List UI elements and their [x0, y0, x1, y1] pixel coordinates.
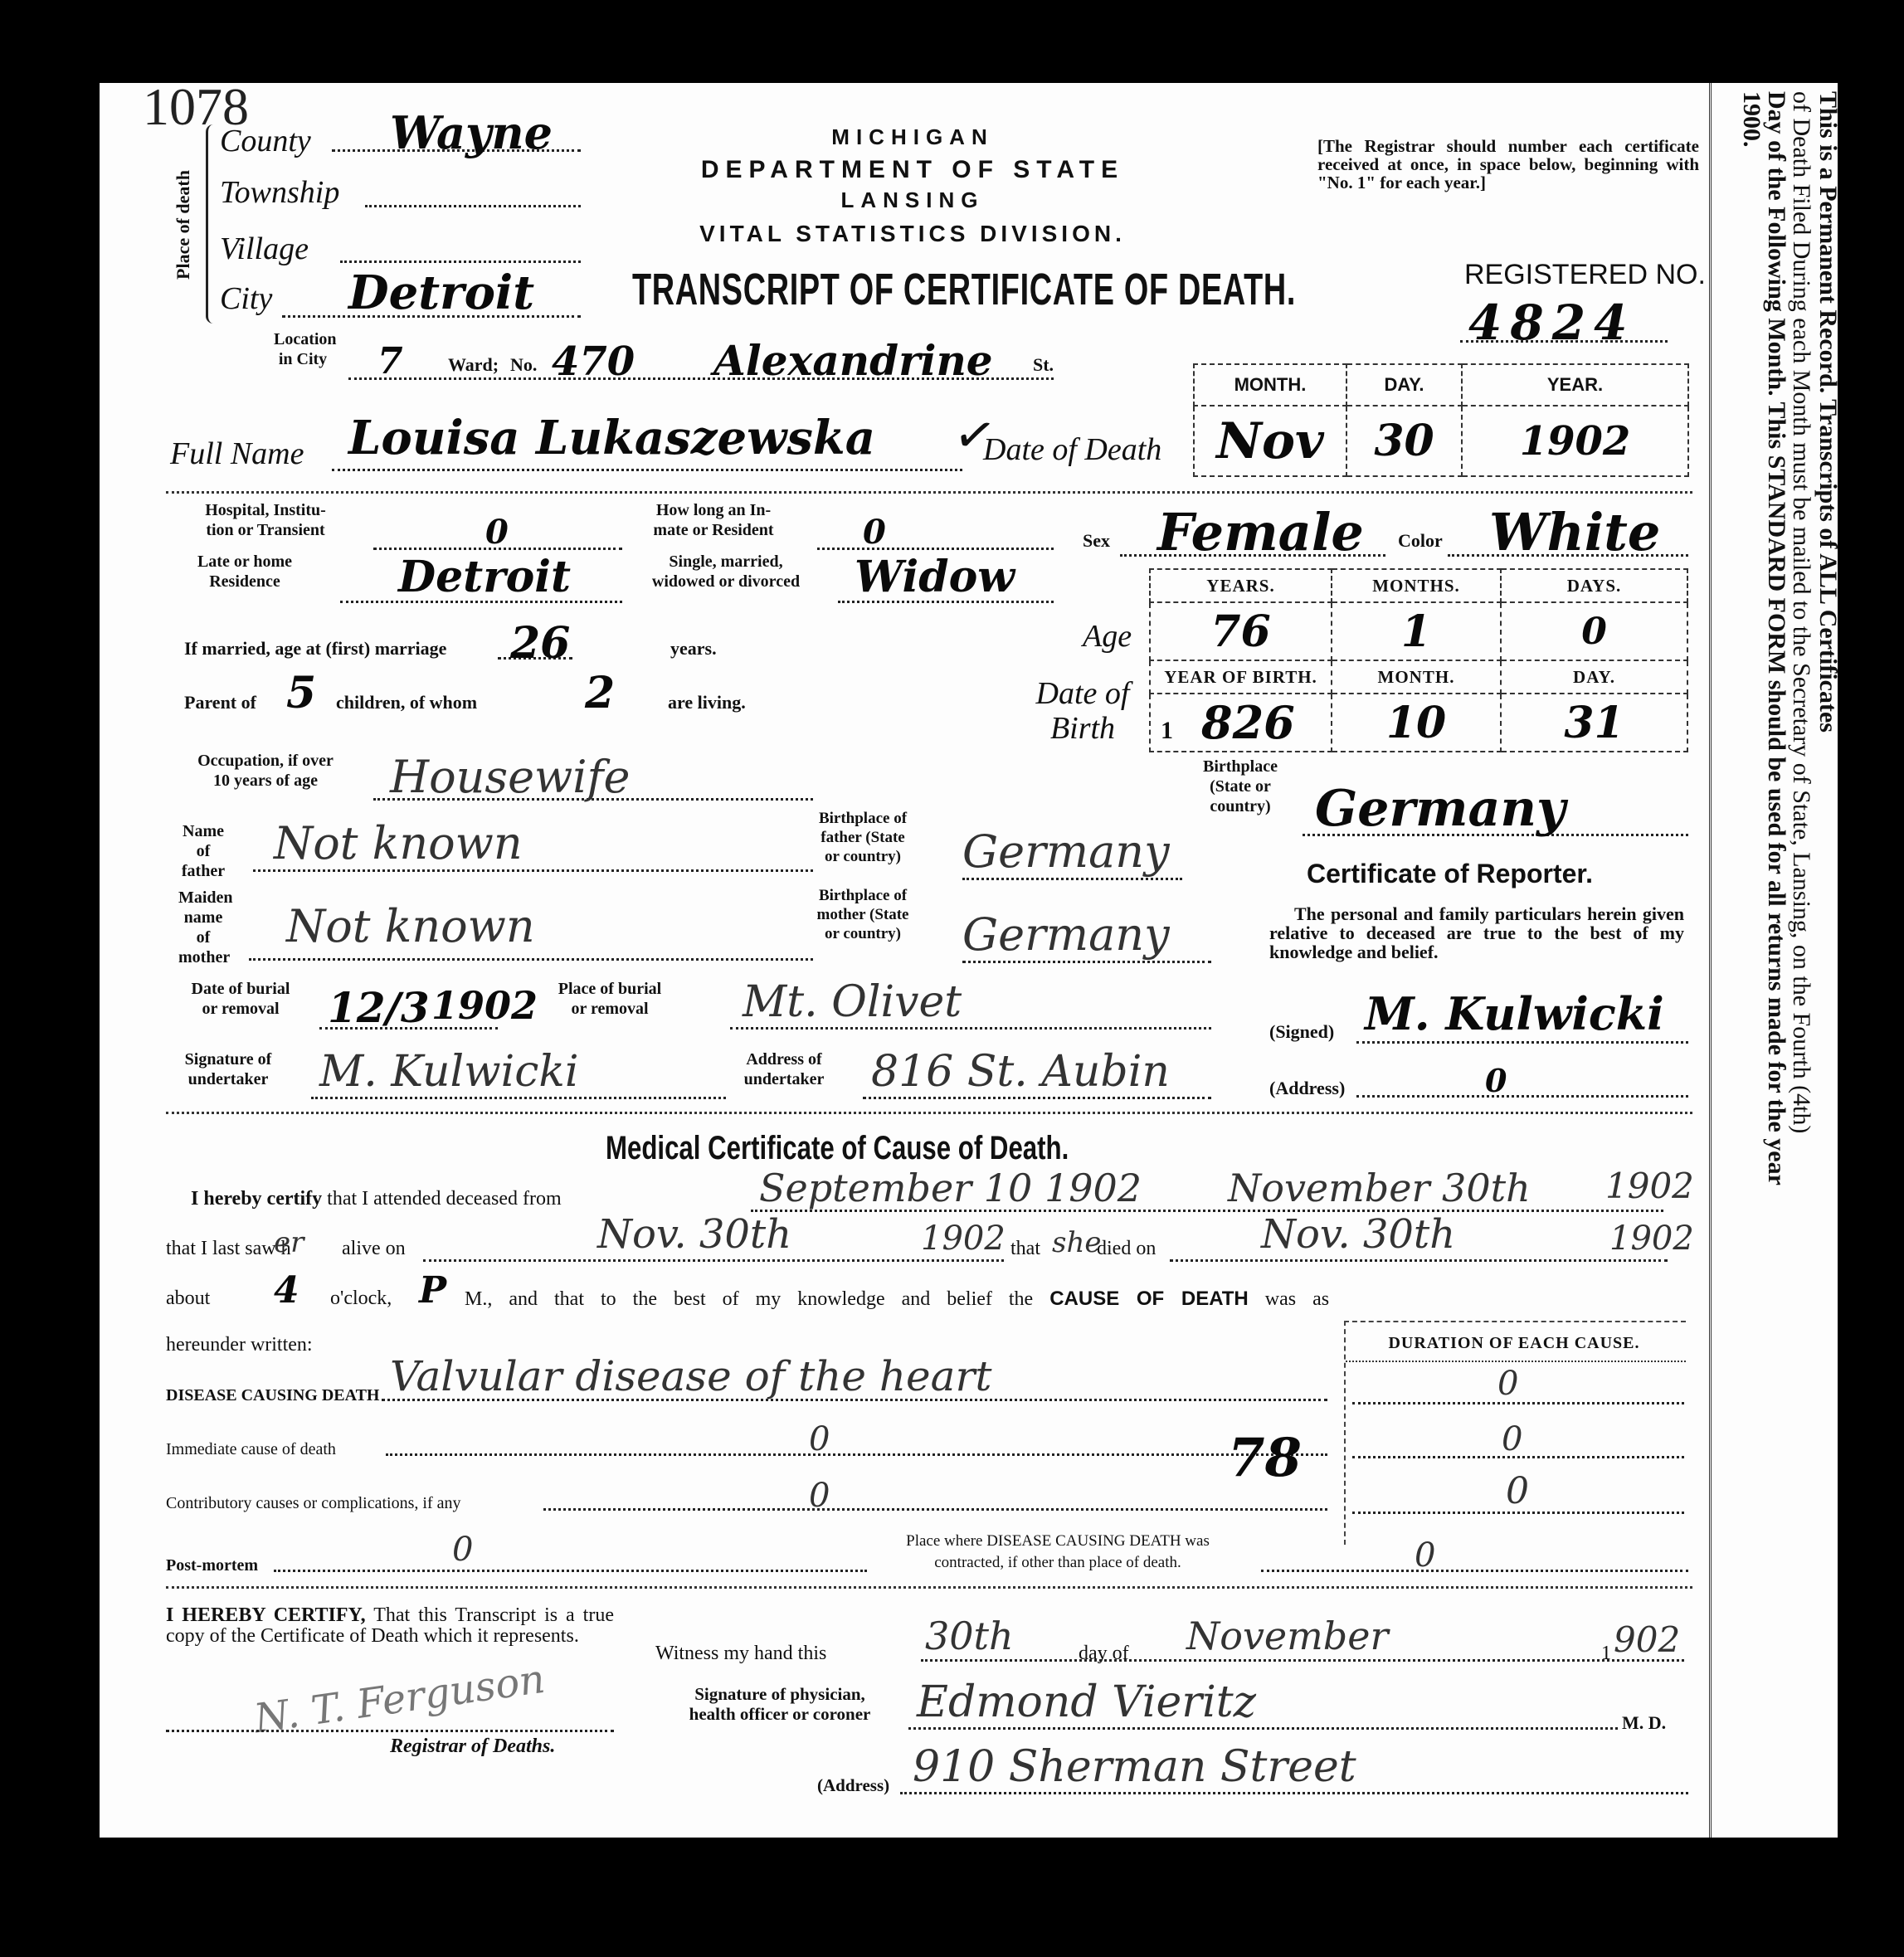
dob-day: 31 — [1501, 694, 1687, 752]
city-label: City — [220, 280, 272, 317]
divider — [166, 1586, 1692, 1589]
registrar-line — [166, 1730, 614, 1732]
age-years: 76 — [1150, 602, 1332, 660]
hour-value: 4 — [274, 1269, 299, 1312]
inmate-value: 0 — [863, 513, 886, 552]
village-label: Village — [220, 231, 309, 267]
marital-label-line2: widowed or divorced — [631, 572, 821, 591]
father-label: Name of father — [178, 821, 228, 881]
marital-value: Widow — [855, 552, 1015, 602]
registered-no-value: 4824 — [1468, 295, 1635, 351]
dob-day-header: DAY. — [1501, 660, 1687, 694]
mother-birthplace-line — [962, 961, 1211, 963]
reporter-address-line — [1356, 1095, 1688, 1098]
undertaker-address-label: Address of undertaker — [730, 1049, 838, 1089]
side-note-divider — [1709, 83, 1745, 1838]
died-pronoun: she — [1052, 1226, 1101, 1259]
village-line — [340, 260, 581, 263]
alive-on-date: Nov. 30th — [597, 1211, 791, 1258]
hospital-label-line2: tion or Transient — [183, 520, 348, 540]
father-bp-label-line2: father (State — [809, 828, 917, 847]
burial-date-value: 12/3 — [328, 983, 430, 1032]
physician-label-line1: Signature of physician, — [672, 1684, 888, 1704]
children-living: 2 — [585, 668, 615, 718]
undertaker-sig-label-line2: undertaker — [178, 1069, 278, 1089]
header-division: VITAL STATISTICS DIVISION. — [647, 221, 1178, 247]
age-days: 0 — [1501, 602, 1687, 660]
dob-month-header: MONTH. — [1332, 660, 1501, 694]
mother-name: Not known — [286, 900, 535, 952]
sex-value: Female — [1157, 502, 1364, 562]
dod-month-header: MONTH. — [1194, 364, 1346, 406]
attended-to: November 30th — [1228, 1166, 1531, 1210]
hereunder-label: hereunder written: — [166, 1334, 313, 1356]
disease-duration: 0 — [1497, 1365, 1518, 1403]
that-label: that — [1010, 1238, 1040, 1260]
father-name: Not known — [274, 817, 523, 869]
divider — [166, 1112, 1692, 1114]
mother-bp-label-line2: mother (State — [809, 905, 917, 924]
mother-label-line1: Maiden — [178, 888, 228, 908]
died-on-date: Nov. 30th — [1261, 1211, 1455, 1258]
number-label: No. — [510, 355, 537, 375]
witness-day: 30th — [925, 1614, 1014, 1658]
postmortem-value: 0 — [452, 1531, 473, 1569]
color-label: Color — [1398, 531, 1443, 551]
street-suffix: St. — [1033, 355, 1054, 375]
dob-year-prefix: 1 — [1161, 717, 1173, 744]
residence-label-line2: Residence — [183, 572, 307, 591]
undertaker-signature: M. Kulwicki — [319, 1047, 579, 1097]
cause-sentence-text: M., and that to the best of my knowledge… — [465, 1288, 1033, 1310]
house-number: 470 — [552, 338, 635, 385]
location-label: Location in City — [274, 329, 332, 369]
reporter-address: 0 — [1485, 1062, 1507, 1099]
marriage-suffix: years. — [670, 639, 717, 659]
undertaker-signature-label: Signature of undertaker — [178, 1049, 278, 1089]
mother-bp-label-line1: Birthplace of — [809, 886, 917, 905]
immediate-line — [386, 1453, 1327, 1456]
place-contracted-value: 0 — [1415, 1536, 1435, 1575]
witness-year-prefix: 1 — [1601, 1643, 1611, 1665]
place-contracted-line — [1261, 1570, 1688, 1572]
mother-label-line3: mother — [178, 947, 228, 967]
inmate-label-line2: mate or Resident — [631, 520, 796, 540]
marriage-prefix: If married, age at (first) marriage — [184, 639, 446, 659]
reporter-title: Certificate of Reporter. — [1307, 859, 1593, 889]
cause-of-death-bold: CAUSE OF DEATH — [1049, 1288, 1249, 1310]
burial-place-label-line2: or removal — [548, 999, 672, 1019]
certification-bold: I HEREBY CERTIFY, — [166, 1604, 366, 1626]
burial-place-label: Place of burial or removal — [548, 979, 672, 1019]
certify-text: that I attended deceased from — [327, 1188, 562, 1210]
witness-label: Witness my hand this — [655, 1643, 826, 1665]
dob-label-line1: Date of — [1025, 676, 1141, 711]
witness-line — [921, 1659, 1684, 1662]
mother-birthplace-label: Birthplace of mother (State or country) — [809, 886, 917, 943]
physician-signature-line — [908, 1727, 1618, 1730]
full-name-line — [332, 469, 962, 471]
full-name-value: Louisa Lukaszewska — [348, 411, 875, 465]
physician-signature: Edmond Vieritz — [917, 1677, 1256, 1727]
mother-label-line2: name of — [178, 908, 228, 947]
street-name: Alexandrine — [713, 336, 993, 385]
occupation-label: Occupation, if over 10 years of age — [183, 751, 348, 791]
occupation-label-line1: Occupation, if over — [183, 751, 348, 771]
burial-place-value: Mt. Olivet — [743, 977, 962, 1027]
occupation-label-line2: 10 years of age — [183, 771, 348, 791]
age-months: 1 — [1332, 602, 1501, 660]
immediate-value: 0 — [809, 1420, 830, 1458]
township-label: Township — [220, 174, 339, 211]
father-label-line2: father — [178, 861, 228, 881]
burial-year: 1902 — [431, 983, 538, 1028]
undertaker-sig-label-line1: Signature of — [178, 1049, 278, 1069]
birthplace-value: Germany — [1315, 780, 1566, 838]
place-of-death-label: Place of death — [173, 170, 194, 280]
postmortem-label: Post-mortem — [166, 1555, 258, 1575]
color-value: White — [1489, 502, 1660, 562]
divider — [1346, 1361, 1686, 1362]
reporter-signed-label: (Signed) — [1269, 1022, 1334, 1042]
oclock-label: o'clock, — [330, 1288, 392, 1310]
residence-label-line1: Late or home — [183, 552, 307, 572]
side-note-line4: 1900. — [1732, 91, 1765, 148]
burial-place-label-line1: Place of burial — [548, 979, 672, 999]
occupation-value: Housewife — [390, 751, 631, 803]
physician-address: 910 Sherman Street — [913, 1742, 1356, 1792]
children-suffix: are living. — [668, 693, 746, 713]
children-middle: children, of whom — [336, 693, 477, 713]
reporter-address-label: (Address) — [1269, 1078, 1345, 1098]
dob-year: 826 — [1201, 696, 1295, 749]
cause-sentence: M., and that to the best of my knowledge… — [465, 1288, 1329, 1311]
attended-to-year: 1902 — [1605, 1166, 1694, 1206]
certify-line: I hereby certify that I attended decease… — [191, 1188, 562, 1210]
children-total: 5 — [286, 668, 316, 718]
registrar-label: Registrar of Deaths. — [390, 1735, 555, 1758]
disease-label: DISEASE CAUSING DEATH — [166, 1385, 379, 1405]
ward-value: 7 — [377, 340, 403, 382]
father-birthplace-label: Birthplace of father (State or country) — [809, 809, 917, 866]
father-label-line1: Name of — [178, 821, 228, 861]
age-years-header: YEARS. — [1150, 569, 1332, 602]
father-line — [253, 869, 813, 872]
reporter-signed-line — [1356, 1041, 1688, 1044]
about-label: about — [166, 1288, 210, 1310]
age-birth-table: YEARS. MONTHS. DAYS. 76 1 0 YEAR OF BIRT… — [1149, 568, 1688, 752]
contributory-duration: 0 — [1506, 1470, 1529, 1512]
contributory-value: 0 — [809, 1477, 830, 1515]
margin-initials: 78 — [1228, 1427, 1302, 1489]
dob-month: 10 — [1332, 694, 1501, 752]
immediate-label: Immediate cause of death — [166, 1439, 336, 1459]
header-department: DEPARTMENT OF STATE — [647, 156, 1178, 184]
burial-place-line — [730, 1027, 1211, 1030]
witness-year: 902 — [1614, 1619, 1680, 1660]
certify-bold: I hereby certify — [191, 1188, 322, 1210]
hospital-value: 0 — [485, 513, 509, 552]
died-on-year: 1902 — [1609, 1219, 1694, 1258]
age-days-header: DAYS. — [1501, 569, 1687, 602]
witness-month: November — [1186, 1614, 1388, 1658]
hospital-label-line1: Hospital, Institu- — [183, 500, 348, 520]
undertaker-addr-label-line1: Address of — [730, 1049, 838, 1069]
date-of-birth-label: Date of Birth — [1025, 676, 1141, 746]
physician-address-line — [900, 1792, 1688, 1794]
age-label: Age — [1083, 618, 1132, 655]
header-state: MICHIGAN — [647, 124, 1178, 150]
father-birthplace-line — [962, 878, 1182, 880]
mother-bp-label-line3: or country) — [809, 924, 917, 943]
date-of-death-label: Date of Death — [983, 431, 1161, 468]
father-birthplace: Germany — [962, 825, 1170, 878]
undertaker-address: 816 St. Aubin — [871, 1047, 1170, 1097]
marital-label: Single, married, widowed or divorced — [631, 552, 821, 591]
alive-on-label: alive on — [342, 1238, 406, 1260]
township-line — [365, 205, 581, 207]
ward-label: Ward; — [448, 355, 499, 375]
immediate-duration: 0 — [1502, 1420, 1522, 1458]
dod-day-header: DAY. — [1346, 364, 1462, 406]
father-bp-label-line3: or country) — [809, 847, 917, 866]
dob-year-cell: 1 826 — [1150, 694, 1332, 752]
mother-birthplace: Germany — [962, 908, 1170, 961]
burial-date-label: Date of burial or removal — [178, 979, 303, 1019]
md-suffix: M. D. — [1622, 1713, 1666, 1733]
mother-label: Maiden name of mother — [178, 888, 228, 967]
physician-address-label: (Address) — [817, 1775, 889, 1795]
place-contracted-line2: contracted, if other than place of death… — [871, 1552, 1244, 1574]
reporter-signature: M. Kulwicki — [1365, 987, 1664, 1040]
undertaker-signature-line — [311, 1097, 726, 1099]
city-value: Detroit — [348, 265, 534, 320]
place-contracted-label: Place where DISEASE CAUSING DEATH was co… — [871, 1531, 1244, 1574]
location-label-line1: Location — [274, 329, 332, 349]
mother-line — [249, 958, 813, 961]
died-on-label: died on — [1097, 1238, 1156, 1260]
marital-label-line1: Single, married, — [631, 552, 821, 572]
county-label: County — [220, 123, 311, 159]
day-of-label: day of — [1079, 1643, 1129, 1665]
was-as-text: was as — [1265, 1288, 1329, 1310]
birthplace-label-line1: Birthplace — [1195, 757, 1286, 776]
place-contracted-line1: Place where DISEASE CAUSING DEATH was — [871, 1531, 1244, 1552]
postmortem-line — [274, 1570, 867, 1572]
birthplace-label-line3: country) — [1195, 796, 1286, 816]
alive-on-year: 1902 — [921, 1219, 1006, 1258]
birthplace-label: Birthplace (State or country) — [1195, 757, 1286, 816]
dob-label-line2: Birth — [1025, 711, 1141, 746]
document-title: TRANSCRIPT OF CERTIFICATE OF DEATH. — [632, 264, 1050, 315]
location-label-line2: in City — [274, 349, 332, 369]
date-of-death-table: MONTH. DAY. YEAR. Nov 30 1902 — [1193, 363, 1689, 477]
inmate-label-line1: How long an In- — [631, 500, 796, 520]
burial-date-label-line1: Date of burial — [178, 979, 303, 999]
birthplace-label-line2: (State or — [1195, 776, 1286, 796]
header-city: LANSING — [647, 187, 1178, 213]
side-note-line3: Day of the Following Month. This STANDAR… — [1757, 91, 1790, 1817]
last-saw-label: that I last saw h — [166, 1238, 291, 1260]
registrar-note: [The Registrar should number each certif… — [1317, 137, 1699, 192]
died-on-line — [1170, 1259, 1668, 1262]
residence-value: Detroit — [398, 552, 571, 602]
dod-month: Nov — [1194, 406, 1346, 476]
physician-label: Signature of physician, health officer o… — [672, 1684, 888, 1724]
divider — [166, 491, 1692, 494]
inmate-label: How long an In- mate or Resident — [631, 500, 796, 540]
dod-year: 1902 — [1462, 406, 1688, 476]
attended-from: September 10 1902 — [759, 1166, 1142, 1210]
age-months-header: MONTHS. — [1332, 569, 1501, 602]
disease-value: Valvular disease of the heart — [390, 1352, 991, 1400]
undertaker-addr-label-line2: undertaker — [730, 1069, 838, 1089]
duration-header: DURATION OF EACH CAUSE. — [1348, 1334, 1680, 1353]
undertaker-address-line — [863, 1097, 1211, 1099]
hospital-label: Hospital, Institu- tion or Transient — [183, 500, 348, 540]
residence-label: Late or home Residence — [183, 552, 307, 591]
county-value: Wayne — [390, 106, 553, 159]
alive-died-line — [423, 1259, 1004, 1262]
burial-date-label-line2: or removal — [178, 999, 303, 1019]
contributory-line — [543, 1508, 1327, 1511]
dod-year-header: YEAR. — [1462, 364, 1688, 406]
medical-title: Medical Certificate of Cause of Death. — [606, 1130, 1069, 1167]
registered-no-label: REGISTERED NO. — [1464, 259, 1706, 291]
father-bp-label-line1: Birthplace of — [809, 809, 917, 828]
ampm-value: P — [419, 1269, 446, 1312]
inmate-line — [817, 548, 1054, 550]
marriage-age-value: 26 — [510, 618, 570, 669]
physician-label-line2: health officer or coroner — [672, 1704, 888, 1724]
reporter-text: The personal and family particulars here… — [1269, 904, 1684, 961]
contributory-label: Contributory causes or complications, if… — [166, 1493, 460, 1513]
dob-year-header: YEAR OF BIRTH. — [1150, 660, 1332, 694]
sex-label: Sex — [1083, 531, 1110, 551]
certification-text: I HEREBY CERTIFY, That this Transcript i… — [166, 1605, 614, 1647]
place-of-death-brace — [206, 124, 213, 324]
dod-day: 30 — [1346, 406, 1462, 476]
children-prefix: Parent of — [184, 693, 256, 713]
last-saw-pronoun: er — [274, 1226, 304, 1259]
full-name-label: Full Name — [170, 436, 304, 472]
